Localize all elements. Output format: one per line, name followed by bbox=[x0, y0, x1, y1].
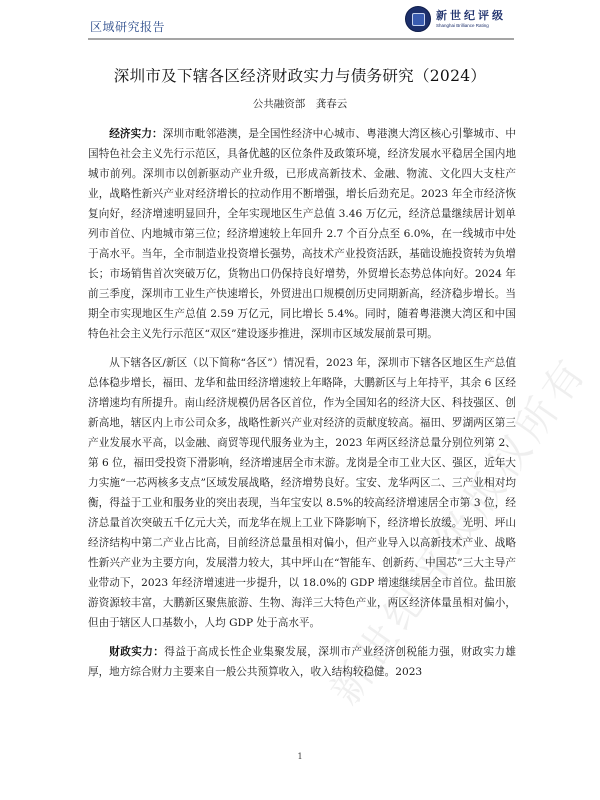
logo-text: 新世纪评级 Shanghai Brilliance Rating bbox=[436, 9, 506, 29]
paragraph-economic-strength: 经济实力：深圳市毗邻港澳，是全国性经济中心城市、粤港澳大湾区核心引擎城市、中国特… bbox=[88, 124, 516, 344]
logo-name-en: Shanghai Brilliance Rating bbox=[436, 22, 506, 29]
report-header: 区域研究报告 新世纪评级 Shanghai Brilliance Rating bbox=[88, 0, 514, 40]
emblem-inner-shape bbox=[412, 13, 425, 26]
document-title: 深圳市及下辖各区经济财政实力与债务研究（2024） bbox=[0, 64, 600, 86]
document-body: 经济实力：深圳市毗邻港澳，是全国性经济中心城市、粤港澳大湾区核心引擎城市、中国特… bbox=[88, 124, 516, 691]
page-number: 1 bbox=[0, 752, 600, 761]
paragraph-lead: 财政实力： bbox=[109, 646, 164, 658]
agency-logo: 新世纪评级 Shanghai Brilliance Rating bbox=[405, 5, 506, 33]
logo-name-cn: 新世纪评级 bbox=[436, 9, 506, 22]
paragraph-text: 从下辖各区/新区（以下简称“各区”）情况看，2023 年，深圳市下辖各区地区生产… bbox=[88, 357, 516, 629]
paragraph-text: 深圳市毗邻港澳，是全国性经济中心城市、粤港澳大湾区核心引擎城市、中国特色社会主义… bbox=[88, 128, 516, 340]
paragraph-lead: 经济实力： bbox=[109, 128, 163, 140]
paragraph-fiscal-strength: 财政实力：得益于高成长性企业集聚发展，深圳市产业经济创税能力强，财政实力雄厚，地… bbox=[88, 642, 516, 682]
paragraph-districts: 从下辖各区/新区（以下简称“各区”）情况看，2023 年，深圳市下辖各区地区生产… bbox=[88, 353, 516, 633]
section-label: 区域研究报告 bbox=[90, 18, 165, 35]
agency-emblem-icon bbox=[405, 6, 431, 32]
byline: 公共融资部 龚春云 bbox=[0, 96, 600, 111]
